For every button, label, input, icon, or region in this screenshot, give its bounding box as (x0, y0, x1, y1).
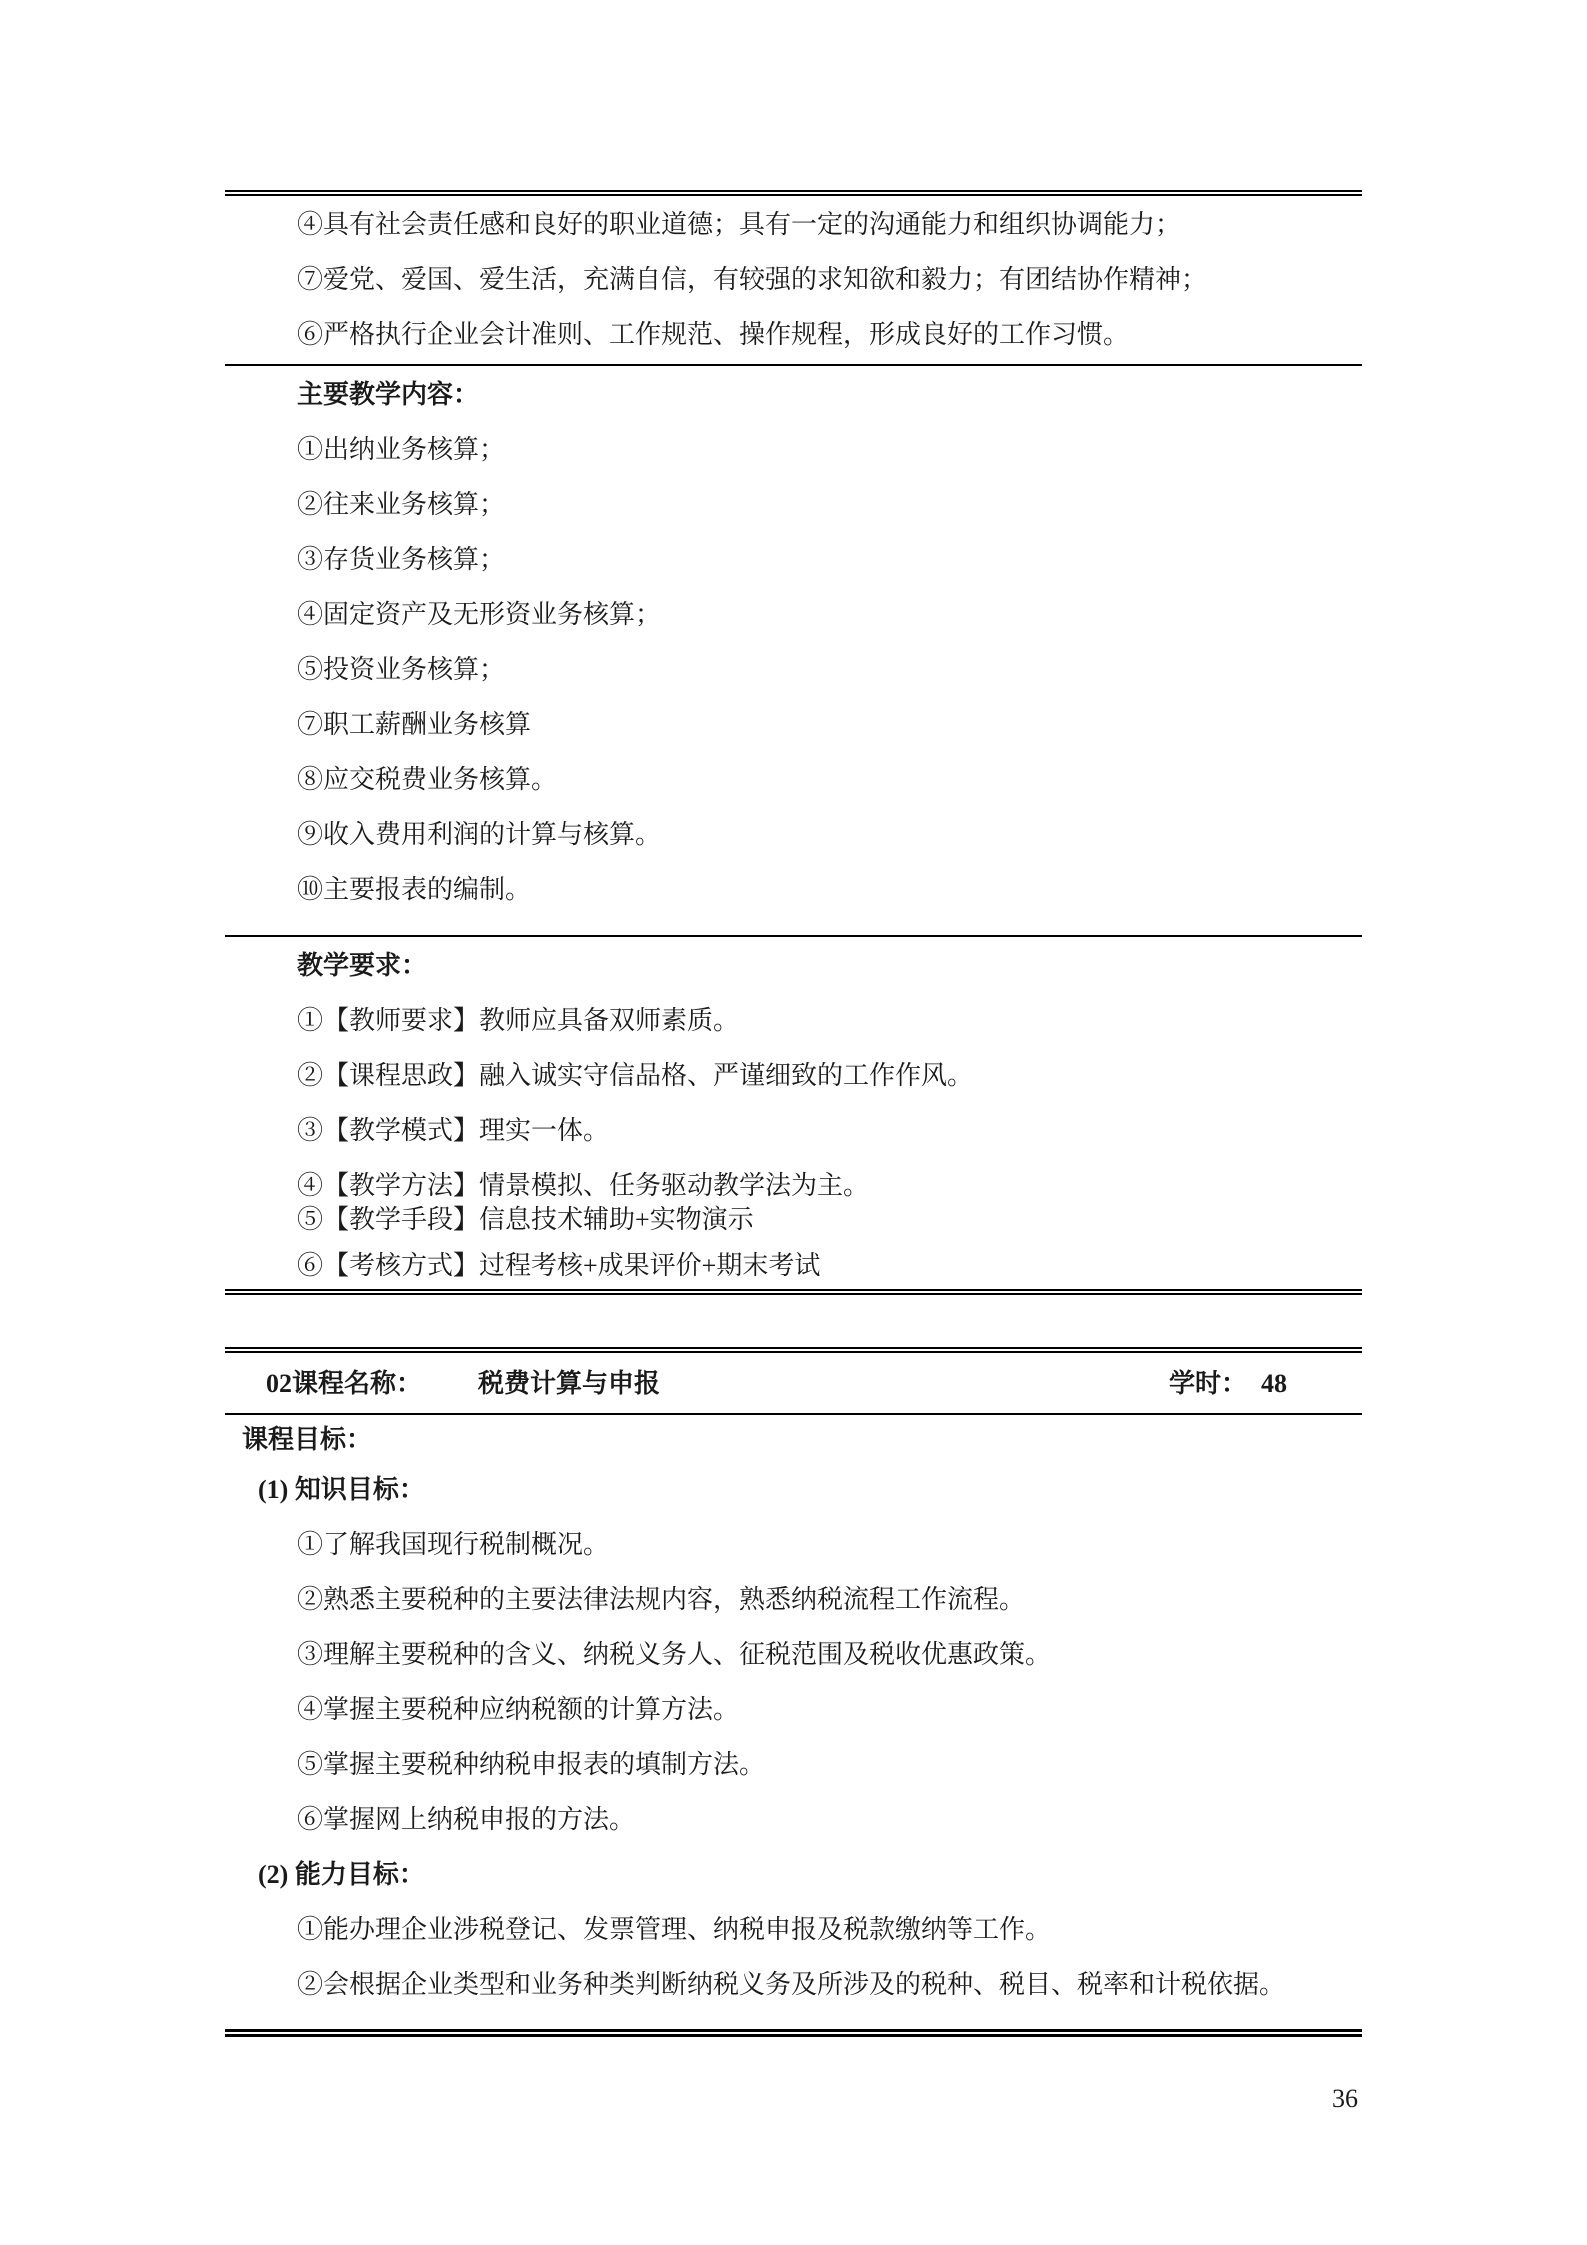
course1-table: ④具有社会责任感和良好的职业道德；具有一定的沟通能力和组织协调能力； ⑦爱党、爱… (225, 190, 1362, 1295)
requirement-item: ③【教学模式】理实一体。 (225, 1114, 1362, 1148)
knowledge-item: ③理解主要税种的含义、纳税义务人、征税范围及税收优惠政策。 (225, 1638, 1362, 1672)
course-name: 税费计算与申报 (478, 1367, 660, 1401)
content-item: ⑦职工薪酬业务核算 (225, 708, 1362, 742)
requirement-item: ①【教师要求】教师应具备双师素质。 (225, 1004, 1362, 1038)
content-item: ⑩主要报表的编制。 (225, 873, 1362, 907)
hours-value: 48 (1261, 1369, 1287, 1398)
page-number: 36 (1332, 2082, 1358, 2116)
course2-header-row: 02课程名称： 税费计算与申报 学时：48 (225, 1353, 1362, 1415)
quality-item: ⑦爱党、爱国、爱生活，充满自信，有较强的求知欲和毅力；有团结协作精神； (225, 263, 1362, 297)
hours-label: 学时： (1169, 1369, 1247, 1398)
requirement-item: ⑤【教学手段】信息技术辅助+实物演示 (225, 1203, 1362, 1237)
content-item: ⑧应交税费业务核算。 (225, 763, 1362, 797)
content-item: ⑤投资业务核算； (225, 653, 1362, 687)
knowledge-objectives-header: (1) 知识目标： (225, 1473, 1362, 1507)
knowledge-item: ⑤掌握主要税种纳税申报表的填制方法。 (225, 1748, 1362, 1782)
main-content-header: 主要教学内容： (225, 378, 1362, 412)
knowledge-item: ②熟悉主要税种的主要法律法规内容，熟悉纳税流程工作流程。 (225, 1583, 1362, 1617)
course-hours: 学时：48 (1169, 1367, 1287, 1401)
document-page: ④具有社会责任感和良好的职业道德；具有一定的沟通能力和组织协调能力； ⑦爱党、爱… (0, 0, 1587, 2245)
knowledge-item: ⑥掌握网上纳税申报的方法。 (225, 1803, 1362, 1837)
quality-item: ⑥严格执行企业会计准则、工作规范、操作规程，形成良好的工作习惯。 (225, 318, 1362, 352)
requirement-item: ②【课程思政】融入诚实守信品格、严谨细致的工作作风。 (225, 1059, 1362, 1093)
course2-objectives-section: 课程目标： (1) 知识目标： ①了解我国现行税制概况。 ②熟悉主要税种的主要法… (225, 1415, 1362, 2029)
requirement-item: ④【教学方法】情景模拟、任务驱动教学法为主。 (225, 1169, 1362, 1203)
requirement-item: ⑥【考核方式】过程考核+成果评价+期末考试 (225, 1249, 1362, 1283)
requirements-header: 教学要求： (225, 949, 1362, 983)
course1-requirements-section: 教学要求： ①【教师要求】教师应具备双师素质。 ②【课程思政】融入诚实守信品格、… (225, 935, 1362, 1289)
content-item: ③存货业务核算； (225, 543, 1362, 577)
course-number-label: 02课程名称： (266, 1367, 422, 1401)
content-item: ⑨收入费用利润的计算与核算。 (225, 818, 1362, 852)
quality-item: ④具有社会责任感和良好的职业道德；具有一定的沟通能力和组织协调能力； (225, 208, 1362, 242)
course2-table: 02课程名称： 税费计算与申报 学时：48 课程目标： (1) 知识目标： ①了… (225, 1347, 1362, 2037)
ability-objectives-header: (2) 能力目标： (225, 1858, 1362, 1892)
ability-item: ①能办理企业涉税登记、发票管理、纳税申报及税款缴纳等工作。 (225, 1913, 1362, 1947)
content-item: ②往来业务核算； (225, 488, 1362, 522)
course1-quality-section: ④具有社会责任感和良好的职业道德；具有一定的沟通能力和组织协调能力； ⑦爱党、爱… (225, 196, 1362, 364)
knowledge-item: ④掌握主要税种应纳税额的计算方法。 (225, 1693, 1362, 1727)
content-item: ①出纳业务核算； (225, 433, 1362, 467)
ability-item: ②会根据企业类型和业务种类判断纳税义务及所涉及的税种、税目、税率和计税依据。 (225, 1968, 1362, 2002)
course1-content-section: 主要教学内容： ①出纳业务核算； ②往来业务核算； ③存货业务核算； ④固定资产… (225, 364, 1362, 935)
content-item: ④固定资产及无形资业务核算； (225, 598, 1362, 632)
knowledge-item: ①了解我国现行税制概况。 (225, 1528, 1362, 1562)
objectives-header: 课程目标： (225, 1423, 1362, 1457)
